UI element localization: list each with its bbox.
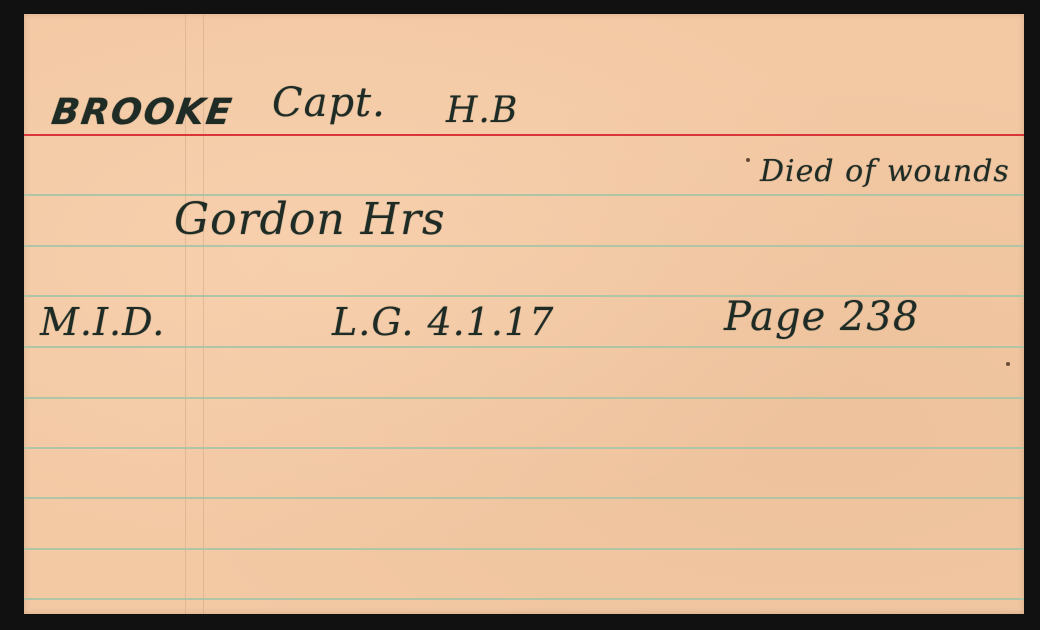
award: M.I.D. — [40, 300, 165, 344]
surname: BROOKE — [49, 92, 236, 133]
ruled-line — [24, 598, 1024, 600]
index-card: BROOKE Capt. H.B Died of wounds Gordon H… — [24, 14, 1024, 614]
ink-dot — [746, 158, 750, 162]
stain-spot — [1006, 362, 1010, 366]
ruled-line — [24, 497, 1024, 499]
ruled-line — [24, 548, 1024, 550]
ruled-line — [24, 397, 1024, 399]
ruled-line — [24, 245, 1024, 247]
header-red-rule — [24, 134, 1024, 136]
page-reference: Page 238 — [724, 294, 919, 340]
status-note: Died of wounds — [760, 154, 1010, 189]
regiment: Gordon Hrs — [174, 194, 446, 245]
ruled-line — [24, 346, 1024, 348]
initials: H.B — [446, 90, 518, 131]
ruled-line — [24, 447, 1024, 449]
rank: Capt. — [272, 80, 386, 126]
gazette-reference: L.G. 4.1.17 — [332, 300, 554, 344]
